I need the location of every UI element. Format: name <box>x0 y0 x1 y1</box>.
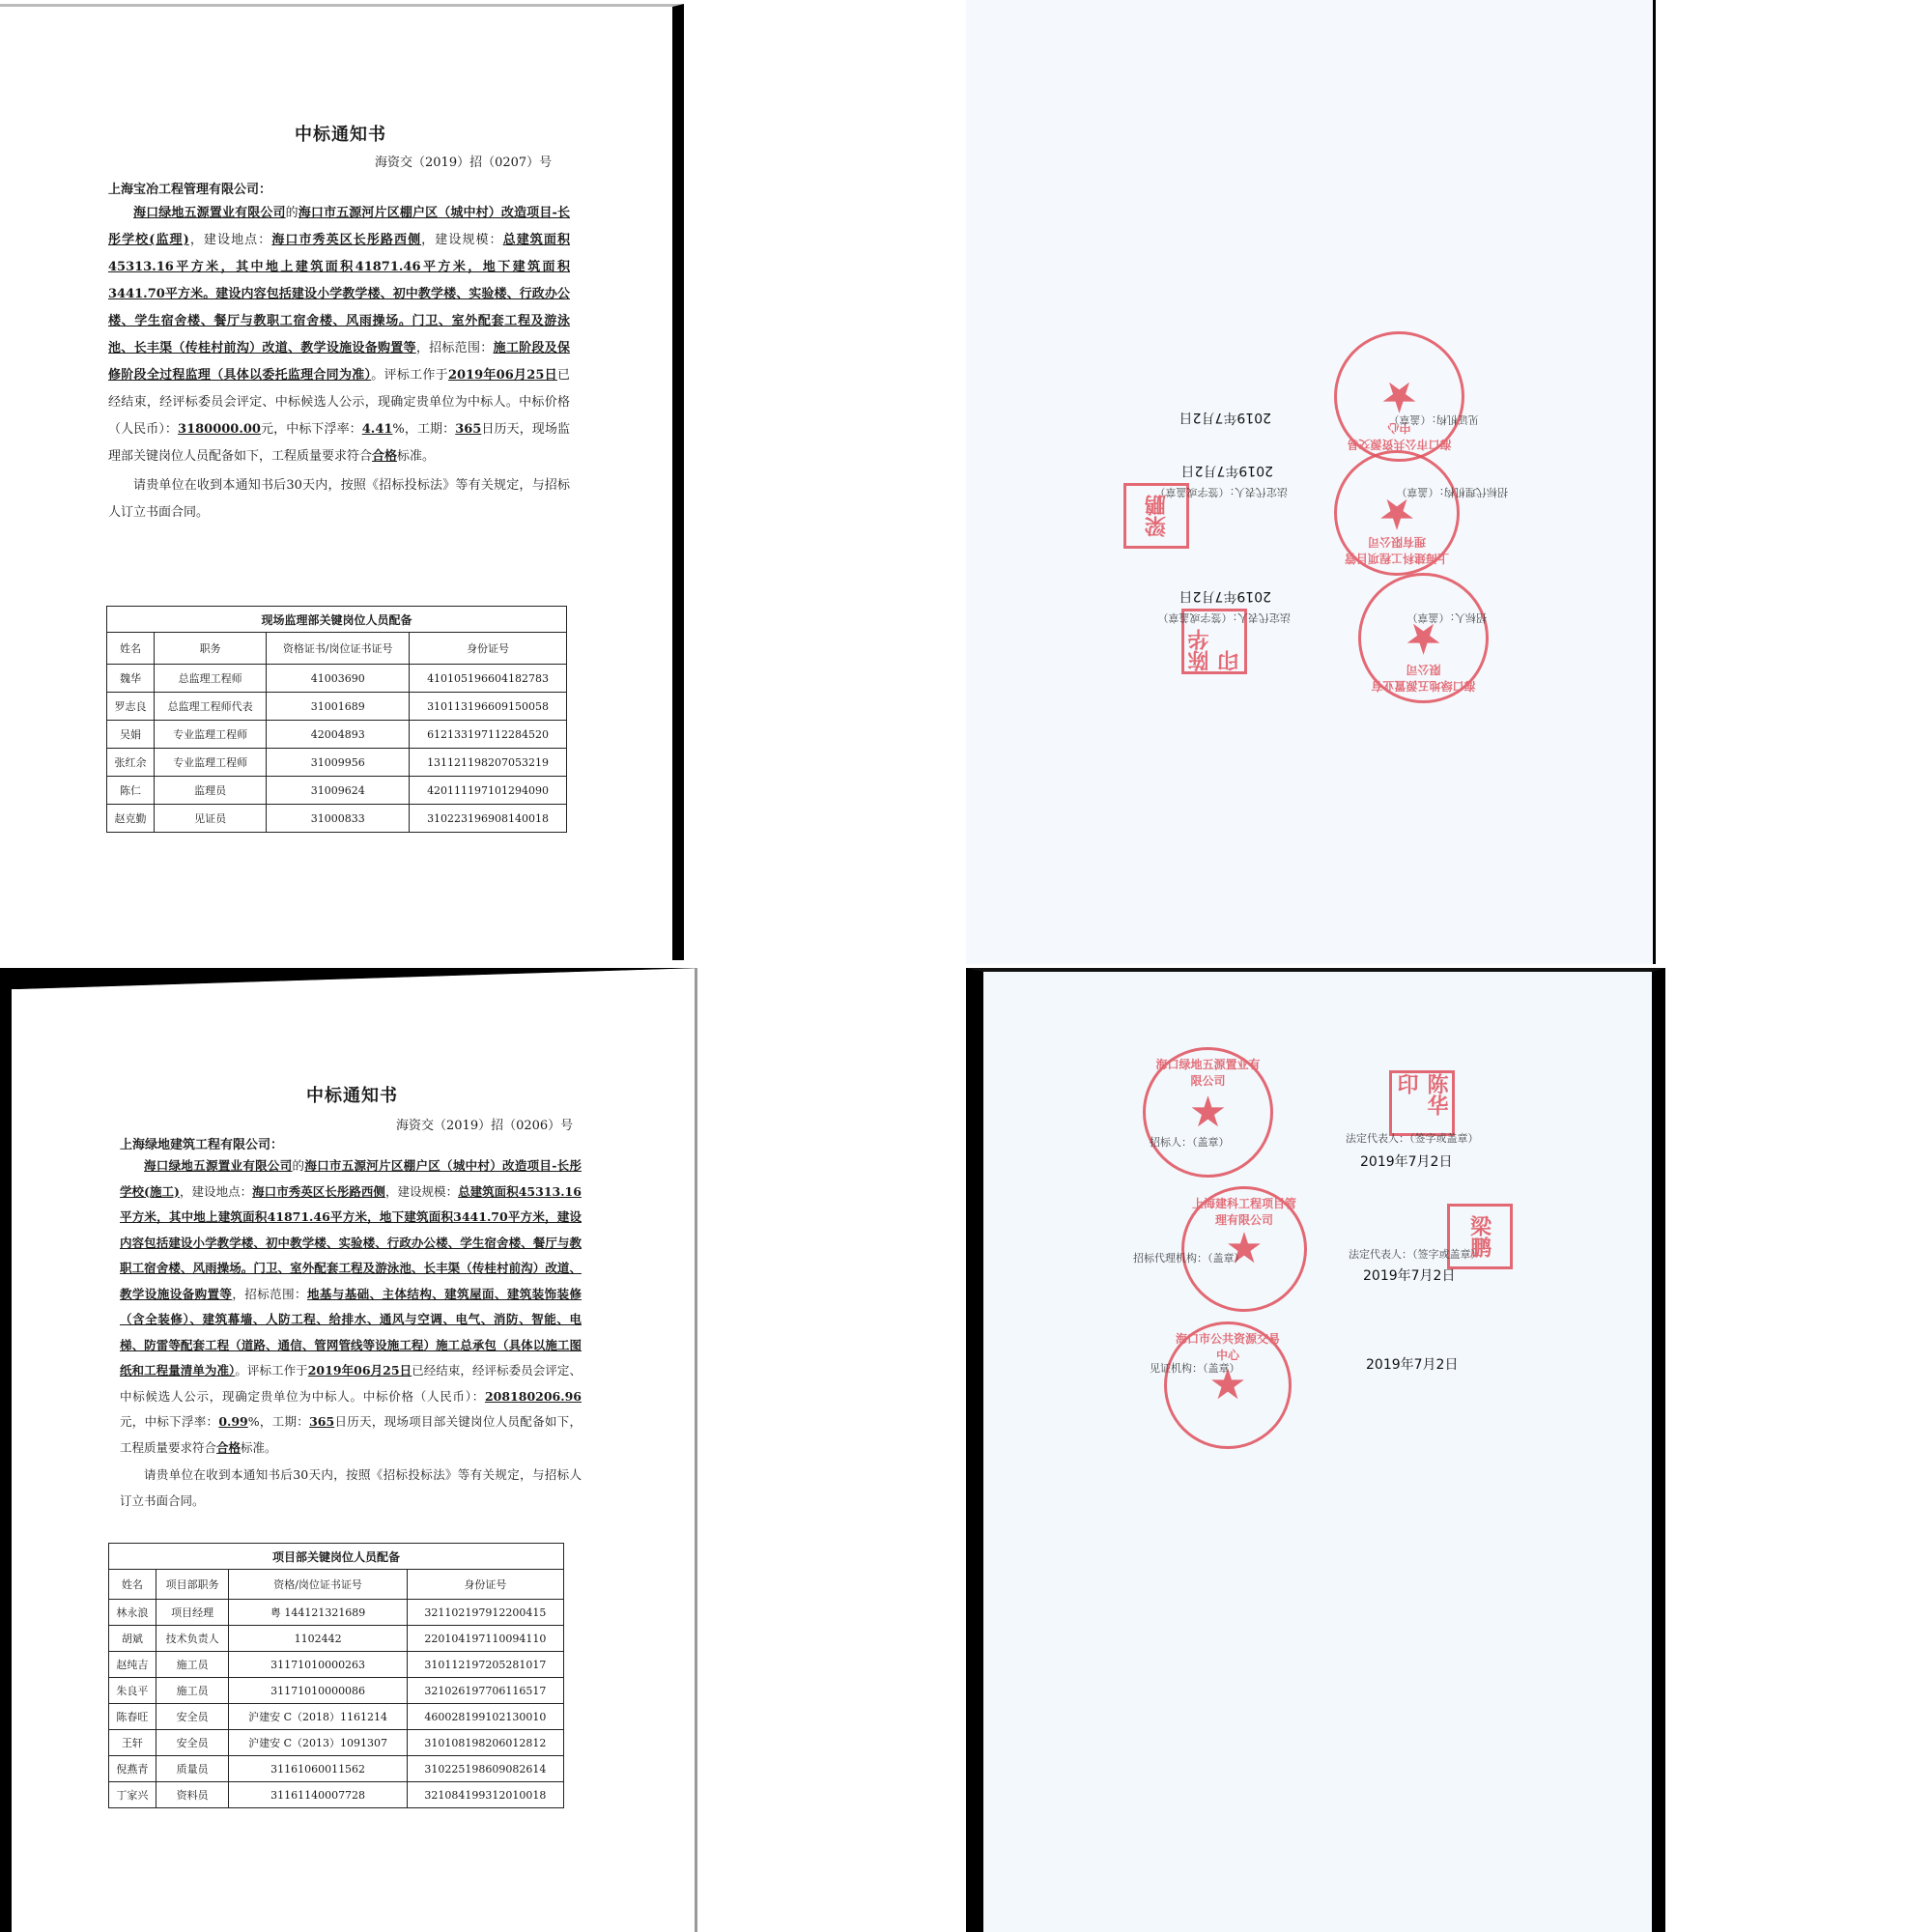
table-row: 朱良平施工员31171010000086321026197706116517 <box>109 1678 564 1704</box>
table-cell: 310225198609082614 <box>407 1756 563 1782</box>
eval-date: 2019年06月25日 <box>308 1363 412 1378</box>
duration: 365 <box>455 422 481 437</box>
table-cell: 321084199312010018 <box>407 1782 563 1808</box>
column-header: 姓名 <box>107 633 155 665</box>
table-caption: 项目部关键岗位人员配备 <box>109 1544 564 1570</box>
notice-title: 中标通知书 <box>295 121 386 146</box>
sign-date: 2019年7月2日 <box>1360 1151 1452 1171</box>
legal-rep-label: 法定代表人：（签字或盖章） <box>1346 1130 1479 1146</box>
scale: 总建筑面积45313.16平方米，其中地上建筑面积41871.46平方米，地下建… <box>120 1184 582 1301</box>
tenderer-seal: 海口绿地五源置业有限公司★ <box>1358 573 1489 703</box>
text: 元，中标下浮率： <box>261 422 362 437</box>
table-cell: 胡斌 <box>109 1626 156 1652</box>
table-caption-row: 项目部关键岗位人员配备 <box>109 1544 564 1570</box>
table-row: 陈仁监理员31009624420111197101294090 <box>107 777 567 805</box>
table-cell: 31009624 <box>267 777 410 805</box>
table-row: 丁家兴资料员31161140007728321084199312010018 <box>109 1782 564 1808</box>
table-cell: 31009956 <box>267 749 410 777</box>
table-cell: 总监理工程师代表 <box>154 693 266 721</box>
legal-rep-label: 法定代表人：（签字或盖章） <box>1155 485 1289 500</box>
staff-table: 项目部关键岗位人员配备姓名项目部职务资格/岗位证书证号身份证号林永浪项目经理粤 … <box>108 1543 564 1808</box>
eval-date: 2019年06月25日 <box>448 368 557 383</box>
text: 标准。 <box>397 449 435 464</box>
notice-body: 海口绿地五源置业有限公司的海口市五源河片区棚户区（城中村）改造项目-长彤学校(监… <box>108 200 570 526</box>
rotated-content: 海口绿地五源置业有限公司★招标人：（盖章）陈华印法定代表人：（签字或盖章）201… <box>966 0 1653 964</box>
column-header: 职务 <box>154 633 266 665</box>
table-cell: 朱良平 <box>109 1678 156 1704</box>
table-cell: 612133197112284520 <box>410 721 567 749</box>
table-cell: 31001689 <box>267 693 410 721</box>
agent-seal: 上海建科工程项目管理有限公司★ <box>1334 450 1460 576</box>
table-cell: 220104197110094110 <box>407 1626 563 1652</box>
witness-seal: 海口市公共资源交易中心★ <box>1334 331 1464 462</box>
table-cell: 施工员 <box>156 1678 229 1704</box>
column-header: 资格证书/岗位证书证号 <box>267 633 410 665</box>
tenderer-label: 招标人：（盖章） <box>1150 1134 1230 1150</box>
witness-seal: 海口市公共资源交易中心★ <box>1164 1321 1292 1449</box>
table-cell: 专业监理工程师 <box>154 749 266 777</box>
table-cell: 321102197912200415 <box>407 1600 563 1626</box>
table-row: 吴娟专业监理工程师42004893612133197112284520 <box>107 721 567 749</box>
table-row: 张红余专业监理工程师31009956131121198207053219 <box>107 749 567 777</box>
table-cell: 丁家兴 <box>109 1782 156 1808</box>
text: ，招标范围： <box>232 1287 307 1301</box>
table-cell: 31161140007728 <box>229 1782 407 1808</box>
legal-rep-seal: 陈华印 <box>1389 1070 1455 1136</box>
sign-date: 2019年7月2日 <box>1179 409 1271 428</box>
column-header: 姓名 <box>109 1570 156 1600</box>
table-cell: 张红余 <box>107 749 155 777</box>
seal-text: 海口绿地五源置业有限公司 <box>1367 582 1480 695</box>
signature-page-0206: 海口绿地五源置业有限公司★招标人：（盖章）陈华印法定代表人：（签字或盖章）201… <box>966 968 1665 1932</box>
table-cell: 安全员 <box>156 1704 229 1730</box>
table-cell: 陈仁 <box>107 777 155 805</box>
location: 海口市秀英区长彤路西侧 <box>271 233 421 247</box>
table-row: 倪燕青质量员31161060011562310225198609082614 <box>109 1756 564 1782</box>
table-cell: 监理员 <box>154 777 266 805</box>
table-cell: 项目经理 <box>156 1600 229 1626</box>
table-cell: 310112197205281017 <box>407 1652 563 1678</box>
discount-rate: 4.41 <box>362 422 393 437</box>
doc-number: 海资交（2019）招（0207）号 <box>375 152 552 170</box>
table-cell: 安全员 <box>156 1730 229 1756</box>
table-cell: 赵克勤 <box>107 805 155 833</box>
discount-rate: 0.99 <box>218 1414 247 1429</box>
column-header: 身份证号 <box>407 1570 563 1600</box>
table-cell: 31171010000263 <box>229 1652 407 1678</box>
text: 元，中标下浮率： <box>120 1414 218 1429</box>
table-cell: 420111197101294090 <box>410 777 567 805</box>
text: 的 <box>286 206 298 220</box>
table-row: 林永浪项目经理粤 144121321689321102197912200415 <box>109 1600 564 1626</box>
notice-paragraph: 海口绿地五源置业有限公司的海口市五源河片区棚户区（城中村）改造项目-长彤学校(施… <box>120 1153 582 1461</box>
addressee: 上海绿地建筑工程有限公司： <box>120 1134 283 1152</box>
agent-seal: 上海建科工程项目管理有限公司★ <box>1181 1186 1307 1312</box>
seal-text: 上海建科工程项目管理有限公司 <box>1343 459 1451 567</box>
text: ，建设地点： <box>180 1184 252 1199</box>
table-cell: 310113196609150058 <box>410 693 567 721</box>
table-row: 赵克勤见证员31000833310223196908140018 <box>107 805 567 833</box>
table-cell: 陈春旺 <box>109 1704 156 1730</box>
table-row: 陈春旺安全员沪建安 C（2018）11612144600281991021300… <box>109 1704 564 1730</box>
table-cell: 资料员 <box>156 1782 229 1808</box>
table-cell: 罗志良 <box>107 693 155 721</box>
table-row: 罗志良总监理工程师代表31001689310113196609150058 <box>107 693 567 721</box>
witness-label: 见证机构：（盖章） <box>1389 412 1480 428</box>
legal-rep-label: 法定代表人：（签字或盖章） <box>1349 1246 1482 1262</box>
column-header: 资格/岗位证书证号 <box>229 1570 407 1600</box>
table-cell: 310108198206012812 <box>407 1730 563 1756</box>
table-cell: 倪燕青 <box>109 1756 156 1782</box>
table-caption-row: 现场监理部关键岗位人员配备 <box>107 607 567 633</box>
table-cell: 460028199102130010 <box>407 1704 563 1730</box>
addressee: 上海宝冶工程管理有限公司： <box>108 179 271 197</box>
table-cell: 林永浪 <box>109 1600 156 1626</box>
tenderer-label: 招标人：（盖章） <box>1407 611 1488 626</box>
sign-date: 2019年7月2日 <box>1179 587 1271 607</box>
table-cell: 沪建安 C（2018）1161214 <box>229 1704 407 1730</box>
duration: 365 <box>309 1414 334 1429</box>
table-cell: 31161060011562 <box>229 1756 407 1782</box>
seal-text: 海口市公共资源交易中心 <box>1343 340 1456 453</box>
table-cell: 王轩 <box>109 1730 156 1756</box>
table-cell: 施工员 <box>156 1652 229 1678</box>
table-cell: 410105196604182783 <box>410 665 567 693</box>
sign-date: 2019年7月2日 <box>1181 462 1273 481</box>
table-cell: 321026197706116517 <box>407 1678 563 1704</box>
text: 标准。 <box>241 1440 277 1455</box>
table-cell: 131121198207053219 <box>410 749 567 777</box>
seal-text: 海口市公共资源交易中心 <box>1173 1330 1283 1440</box>
scale: 总建筑面积45313.16平方米，其中地上建筑面积41871.46平方米，地下建… <box>108 233 570 355</box>
table-cell: 42004893 <box>267 721 410 749</box>
table-cell: 310223196908140018 <box>410 805 567 833</box>
sign-date: 2019年7月2日 <box>1363 1265 1455 1285</box>
text: 。评标工作于 <box>235 1363 307 1378</box>
agent-label: 招标代理机构：（盖章） <box>1397 485 1509 500</box>
table-cell: 1102442 <box>229 1626 407 1652</box>
table-row: 王轩安全员沪建安 C（2013）109130731010819820601281… <box>109 1730 564 1756</box>
table-caption: 现场监理部关键岗位人员配备 <box>107 607 567 633</box>
table-row: 魏华总监理工程师41003690410105196604182783 <box>107 665 567 693</box>
table-cell: 41003690 <box>267 665 410 693</box>
text: %，工期： <box>392 422 455 437</box>
tenderer-name: 海口绿地五源置业有限公司 <box>133 206 286 220</box>
closing-paragraph: 请贵单位在收到本通知书后30天内，按照《招标投标法》等有关规定，与招标人订立书面… <box>120 1463 582 1514</box>
text: ，建设规模： <box>421 233 502 247</box>
table-cell: 魏华 <box>107 665 155 693</box>
table-row: 赵纯吉施工员31171010000263310112197205281017 <box>109 1652 564 1678</box>
notice-page-0206: 中标通知书 海资交（2019）招（0206）号 上海绿地建筑工程有限公司： 海口… <box>0 968 697 1932</box>
table-cell: 沪建安 C（2013）1091307 <box>229 1730 407 1756</box>
table-cell: 粤 144121321689 <box>229 1600 407 1626</box>
table-header-row: 姓名项目部职务资格/岗位证书证号身份证号 <box>109 1570 564 1600</box>
table-row: 胡斌技术负责人1102442220104197110094110 <box>109 1626 564 1652</box>
notice-paragraph: 海口绿地五源置业有限公司的海口市五源河片区棚户区（城中村）改造项目-长彤学校(监… <box>108 200 570 470</box>
staff-table: 现场监理部关键岗位人员配备姓名职务资格证书/岗位证书证号身份证号魏华总监理工程师… <box>106 606 567 833</box>
column-header: 项目部职务 <box>156 1570 229 1600</box>
text: %，工期： <box>248 1414 309 1429</box>
sign-date: 2019年7月2日 <box>1366 1354 1458 1374</box>
notice-title: 中标通知书 <box>306 1082 398 1107</box>
text: 的 <box>293 1158 305 1173</box>
table-cell: 31171010000086 <box>229 1678 407 1704</box>
closing-paragraph: 请贵单位在收到本通知书后30天内，按照《招标投标法》等有关规定，与招标人订立书面… <box>108 472 570 526</box>
table-cell: 31000833 <box>267 805 410 833</box>
location: 海口市秀英区长彤路西侧 <box>252 1184 385 1199</box>
bid-price: 3180000.00 <box>178 422 261 437</box>
table-cell: 专业监理工程师 <box>154 721 266 749</box>
text: ，建设地点： <box>189 233 272 247</box>
quality: 合格 <box>372 449 397 464</box>
seal-text: 上海建科工程项目管理有限公司 <box>1190 1195 1298 1303</box>
notice-body: 海口绿地五源置业有限公司的海口市五源河片区棚户区（城中村）改造项目-长彤学校(施… <box>120 1153 582 1514</box>
notice-page-0207: 中标通知书 海资交（2019）招（0207）号 上海宝冶工程管理有限公司： 海口… <box>0 4 684 960</box>
seal-text: 海口绿地五源置业有限公司 <box>1151 1056 1264 1169</box>
bid-price: 208180206.96 <box>485 1389 582 1404</box>
text: ，招标范围： <box>416 341 494 355</box>
tenderer-seal: 海口绿地五源置业有限公司★ <box>1143 1047 1273 1178</box>
table-cell: 质量员 <box>156 1756 229 1782</box>
agent-label: 招标代理机构：（盖章） <box>1133 1250 1245 1265</box>
witness-label: 见证机构：（盖章） <box>1150 1360 1240 1376</box>
tenderer-name: 海口绿地五源置业有限公司 <box>144 1158 293 1173</box>
table-cell: 见证员 <box>154 805 266 833</box>
table-cell: 赵纯吉 <box>109 1652 156 1678</box>
table-cell: 技术负责人 <box>156 1626 229 1652</box>
text: 。评标工作于 <box>371 368 448 383</box>
quality: 合格 <box>216 1440 241 1455</box>
legal-rep-label: 法定代表人：（签字或盖章） <box>1158 611 1292 626</box>
table-cell: 吴娟 <box>107 721 155 749</box>
table-cell: 总监理工程师 <box>154 665 266 693</box>
text: ，建设规模： <box>385 1184 458 1199</box>
table-header-row: 姓名职务资格证书/岗位证书证号身份证号 <box>107 633 567 665</box>
signature-page-0207-rotated: 海口绿地五源置业有限公司★招标人：（盖章）陈华印法定代表人：（签字或盖章）201… <box>966 0 1656 964</box>
column-header: 身份证号 <box>410 633 567 665</box>
doc-number: 海资交（2019）招（0206）号 <box>396 1115 573 1133</box>
